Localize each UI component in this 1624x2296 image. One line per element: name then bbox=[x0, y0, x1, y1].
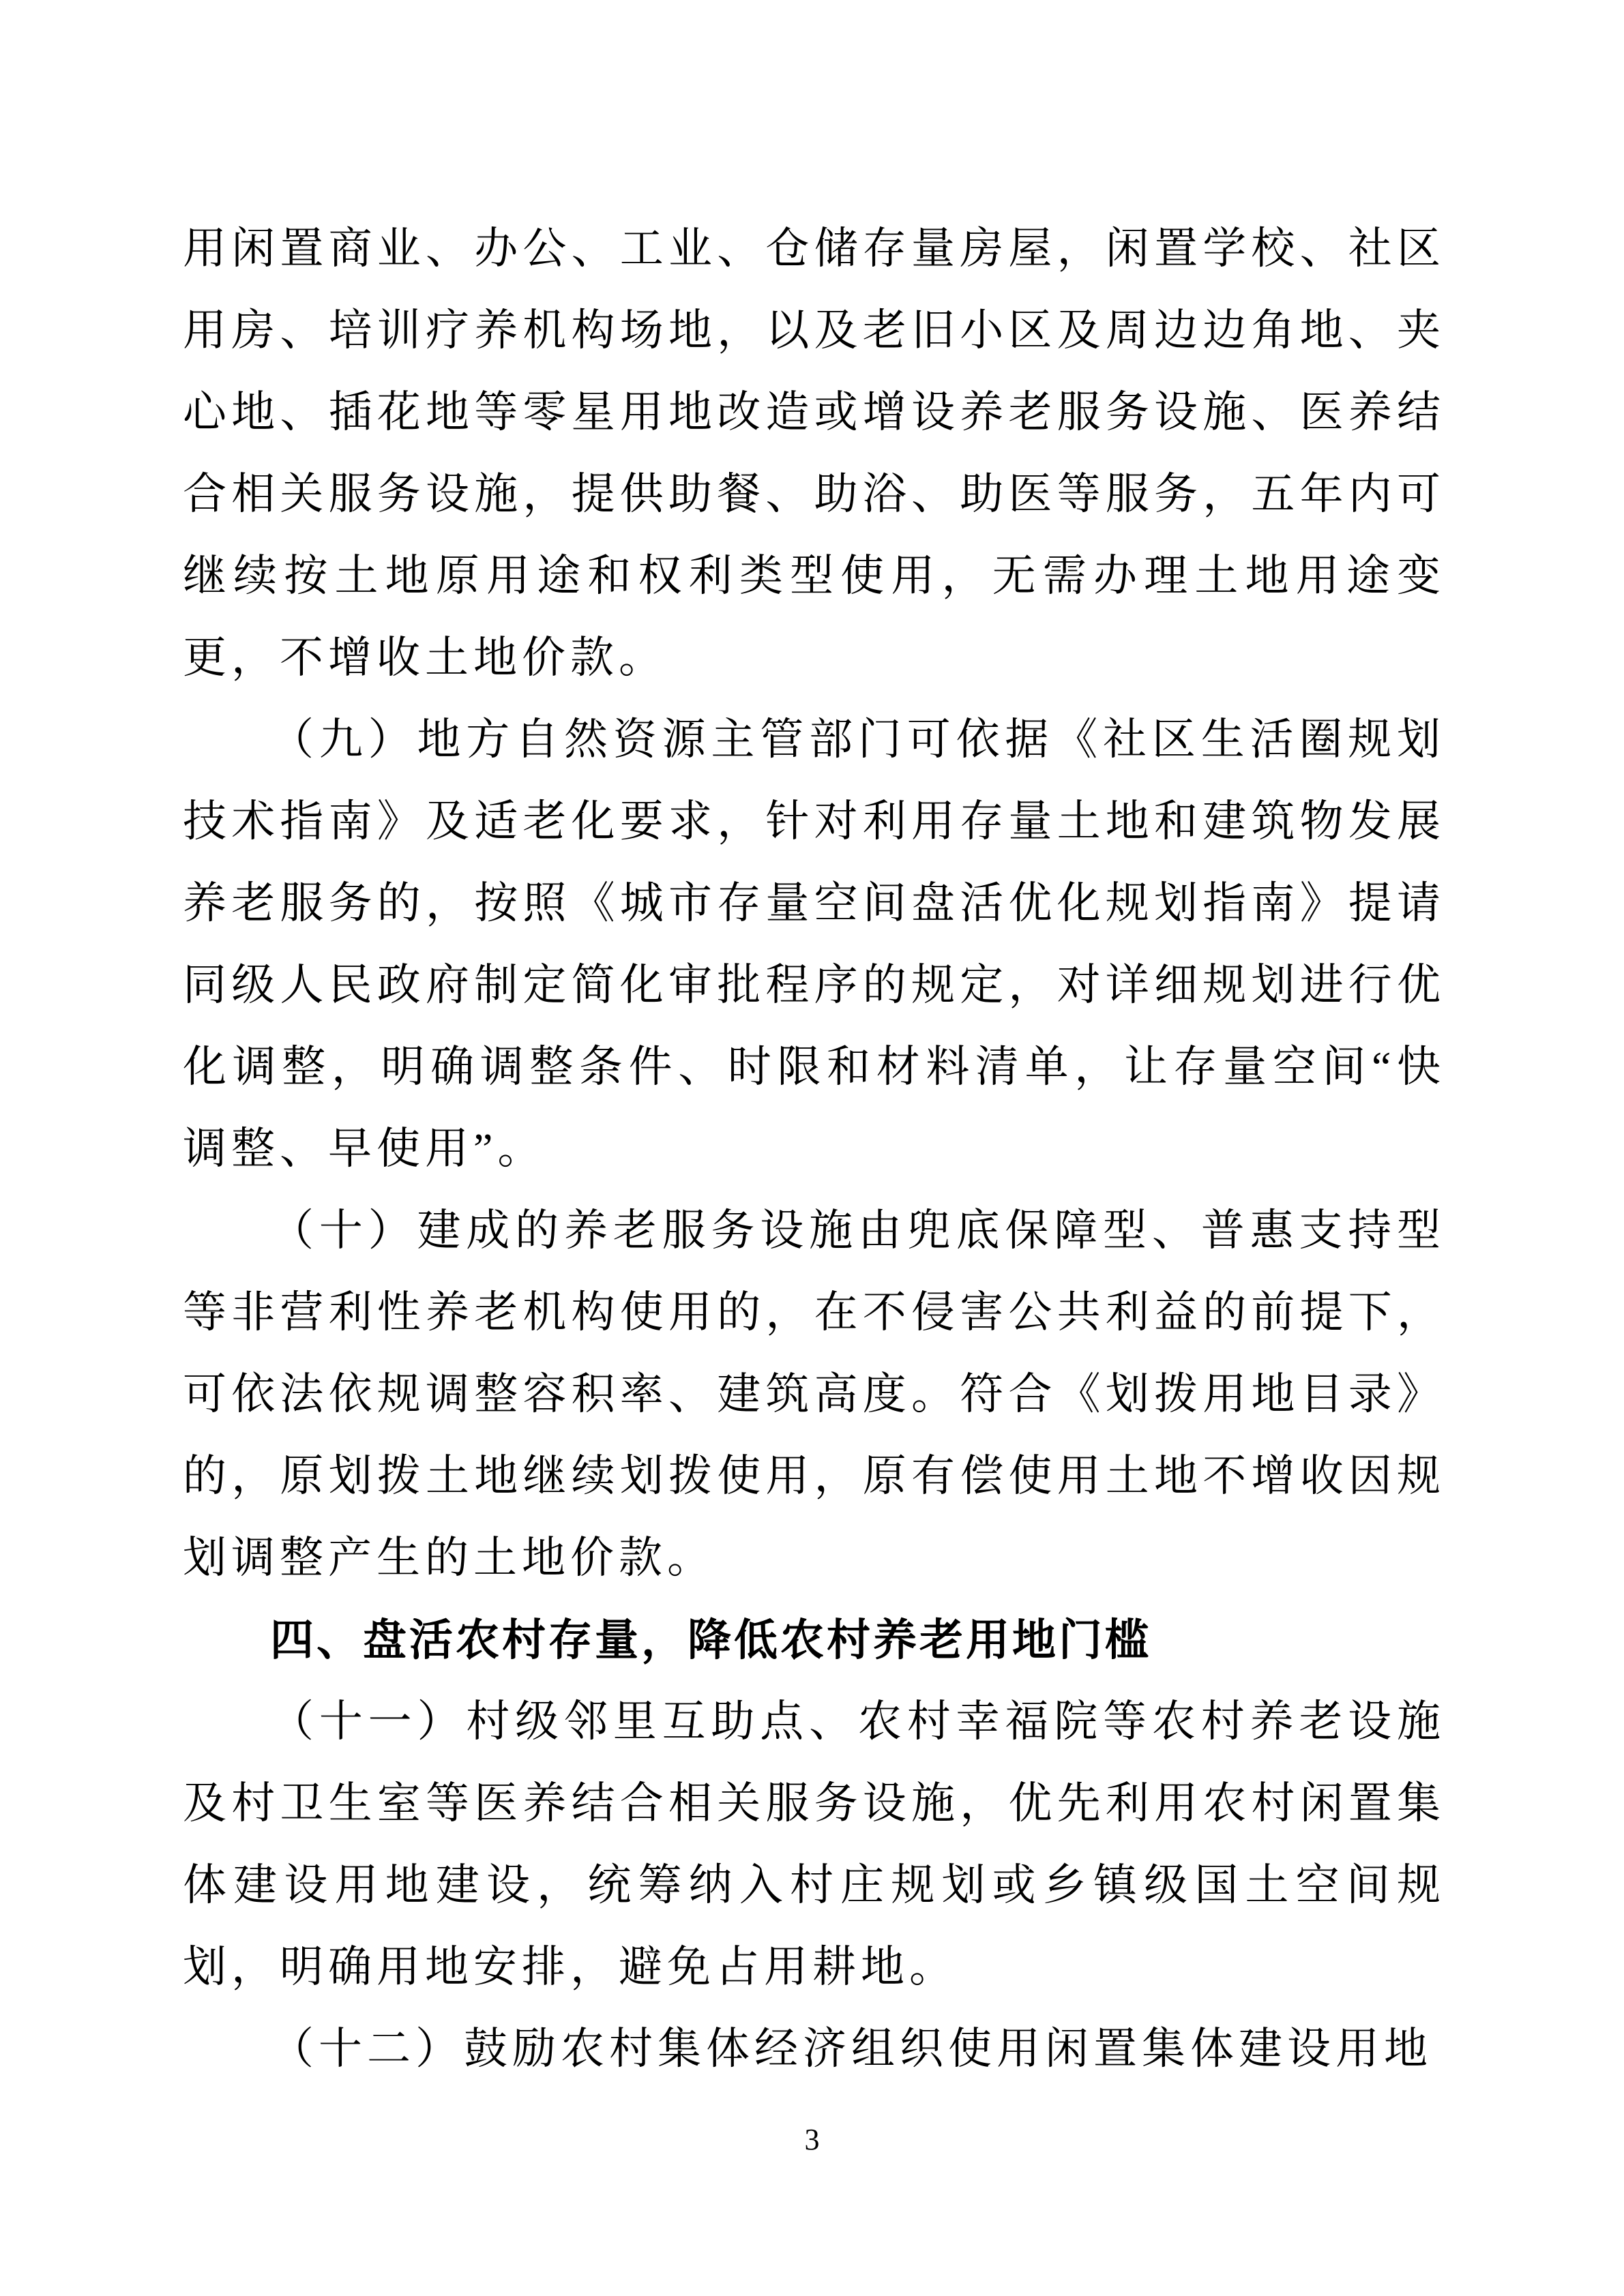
page-footer: 3 bbox=[0, 2119, 1624, 2160]
paragraph-item-nine: （九）地方自然资源主管部门可依据《社区生活圈规划技术指南》及适老化要求，针对利用… bbox=[183, 699, 1445, 1190]
page-number: 3 bbox=[805, 2123, 820, 2156]
paragraph-item-ten: （十）建成的养老服务设施由兜底保障型、普惠支持型等非营利性养老机构使用的，在不侵… bbox=[183, 1190, 1445, 1599]
paragraph-continuation: 用闲置商业、办公、工业、仓储存量房屋，闲置学校、社区用房、培训疗养机构场地，以及… bbox=[183, 208, 1445, 699]
paragraph-item-twelve: （十二）鼓励农村集体经济组织使用闲置集体建设用地 bbox=[183, 2008, 1445, 2090]
paragraph-item-eleven: （十一）村级邻里互助点、农村幸福院等农村养老设施及村卫生室等医养结合相关服务设施… bbox=[183, 1681, 1445, 2008]
document-body: 用闲置商业、办公、工业、仓储存量房屋，闲置学校、社区用房、培训疗养机构场地，以及… bbox=[183, 208, 1445, 2090]
section-heading-four: 四、盘活农村存量，降低农村养老用地门槛 bbox=[183, 1599, 1445, 1681]
document-page: 用闲置商业、办公、工业、仓储存量房屋，闲置学校、社区用房、培训疗养机构场地，以及… bbox=[0, 0, 1624, 2296]
